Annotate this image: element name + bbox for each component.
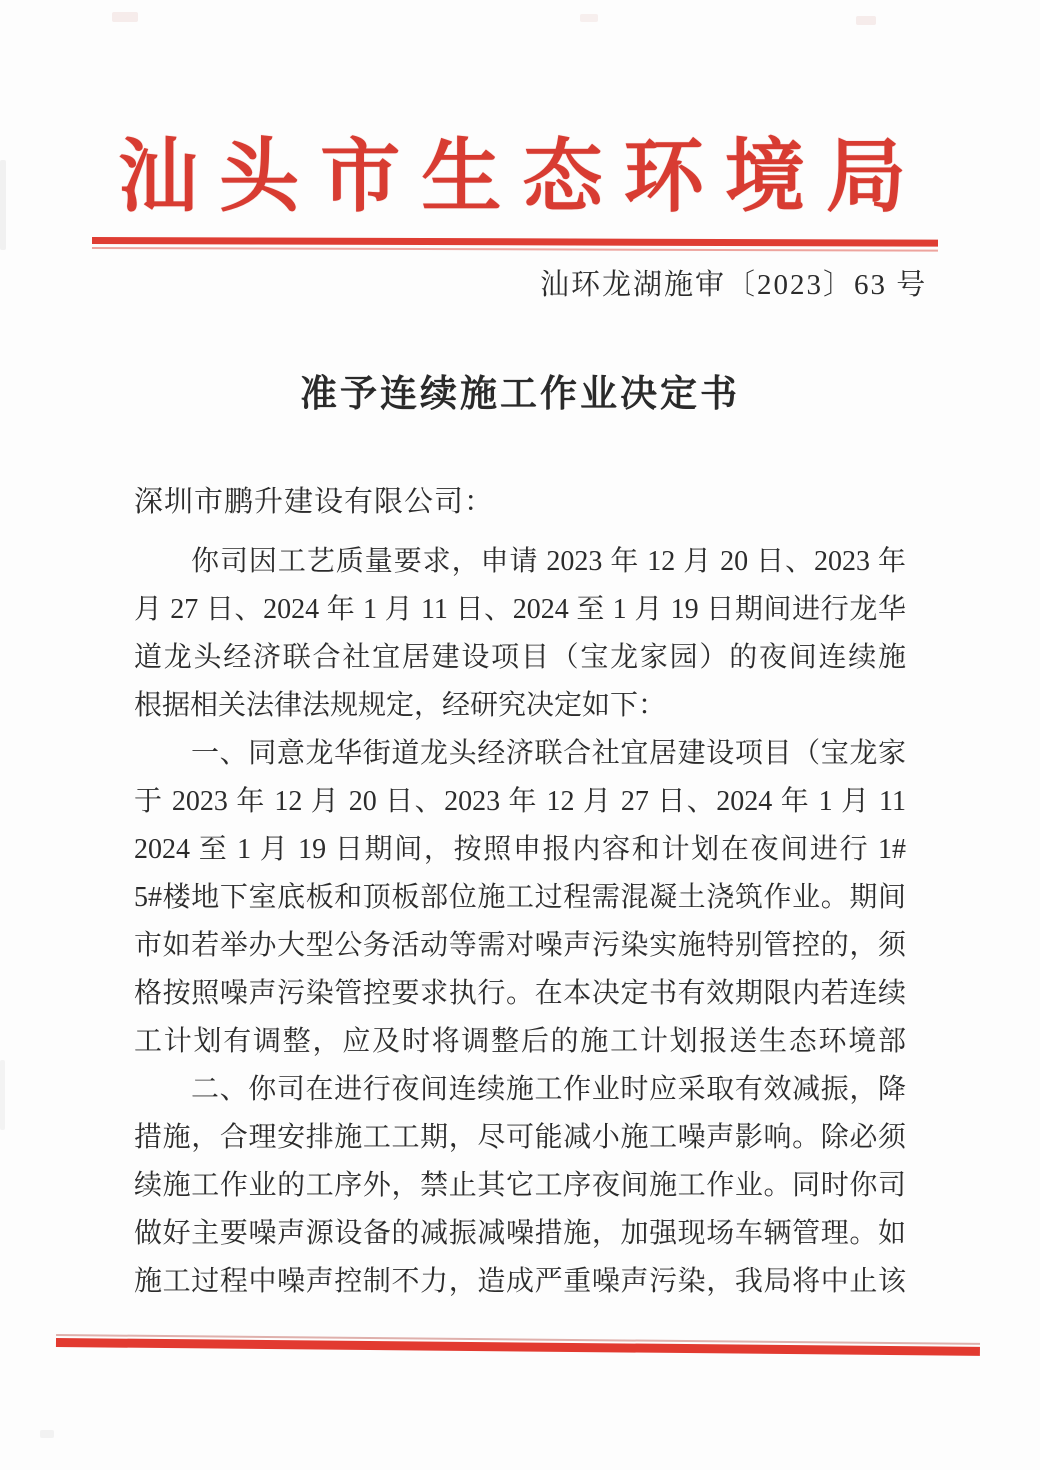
body-line: 二、你司在进行夜间连续施工作业时应采取有效减振，降噪 <box>134 1066 906 1114</box>
body-line: 月 27 日、2024 年 1 月 11 日、2024 至 1 月 19 日期间… <box>134 586 906 634</box>
agency-title: 汕头市生态环境局 <box>118 138 906 238</box>
header-divider-thin-line <box>92 247 938 252</box>
body-line: 5#楼地下室底板和顶板部位施工过程需混凝土浇筑作业。期间我 <box>134 874 906 922</box>
agency-char: 市 <box>320 138 400 218</box>
body-line: 道龙头经济联合社宜居建设项目（宝龙家园）的夜间连续施工。 <box>134 634 906 682</box>
addressee: 深圳市鹏升建设有限公司： <box>134 479 494 520</box>
agency-char: 环 <box>624 138 704 218</box>
scan-artifact <box>112 12 138 22</box>
agency-char: 生 <box>421 138 501 218</box>
header-divider <box>92 237 938 252</box>
body-line: 根据相关法律法规规定，经研究决定如下： <box>134 682 906 730</box>
body-line: 2024 至 1 月 19 日期间，按照申报内容和计划在夜间进行 1#楼、 <box>134 826 906 874</box>
body-line: 市如若举办大型公务活动等需对噪声污染实施特别管控的，须严 <box>134 922 906 970</box>
body-line: 续施工作业的工序外，禁止其它工序夜间施工作业。同时你司应 <box>134 1162 906 1210</box>
header-divider-thick-line <box>92 237 938 247</box>
document-title: 准予连续施工作业决定书 <box>0 363 1040 417</box>
body-line: 你司因工艺质量要求，申请 2023 年 12 月 20 日、2023 年 12 <box>134 538 906 586</box>
body-line: 施工过程中噪声控制不力，造成严重噪声污染，我局将中止该项 <box>134 1258 906 1306</box>
scan-artifact <box>0 160 6 250</box>
doc-number: 汕环龙湖施审〔2023〕63 号 <box>540 262 940 303</box>
agency-char: 态 <box>523 138 603 218</box>
document-page: 汕头市生态环境局 汕环龙湖施审〔2023〕63 号 准予连续施工作业决定书 深圳… <box>0 0 1040 1470</box>
agency-char: 头 <box>219 138 299 218</box>
body-line: 做好主要噪声源设备的减振减噪措施，加强现场车辆管理。如因 <box>134 1210 906 1258</box>
scan-artifact <box>40 1430 54 1438</box>
agency-char: 局 <box>826 138 906 218</box>
agency-char: 境 <box>725 138 805 218</box>
agency-char: 汕 <box>118 138 198 218</box>
body-line: 一、同意龙华街道龙头经济联合社宜居建设项目（宝龙家园） <box>134 730 906 778</box>
body-line: 工计划有调整，应及时将调整后的施工计划报送生态环境部门。 <box>134 1018 906 1066</box>
scan-artifact <box>580 14 598 22</box>
document-body: 你司因工艺质量要求，申请 2023 年 12 月 20 日、2023 年 12月… <box>134 538 906 1306</box>
body-line: 于 2023 年 12 月 20 日、2023 年 12 月 27 日、2024… <box>134 778 906 826</box>
scan-artifact <box>0 1060 5 1130</box>
footer-divider <box>56 1334 980 1356</box>
body-line: 措施，合理安排施工工期，尽可能减小施工噪声影响。除必须连 <box>134 1114 906 1162</box>
scan-artifact <box>856 16 876 25</box>
body-line: 格按照噪声污染管控要求执行。在本决定书有效期限内若连续施 <box>134 970 906 1018</box>
